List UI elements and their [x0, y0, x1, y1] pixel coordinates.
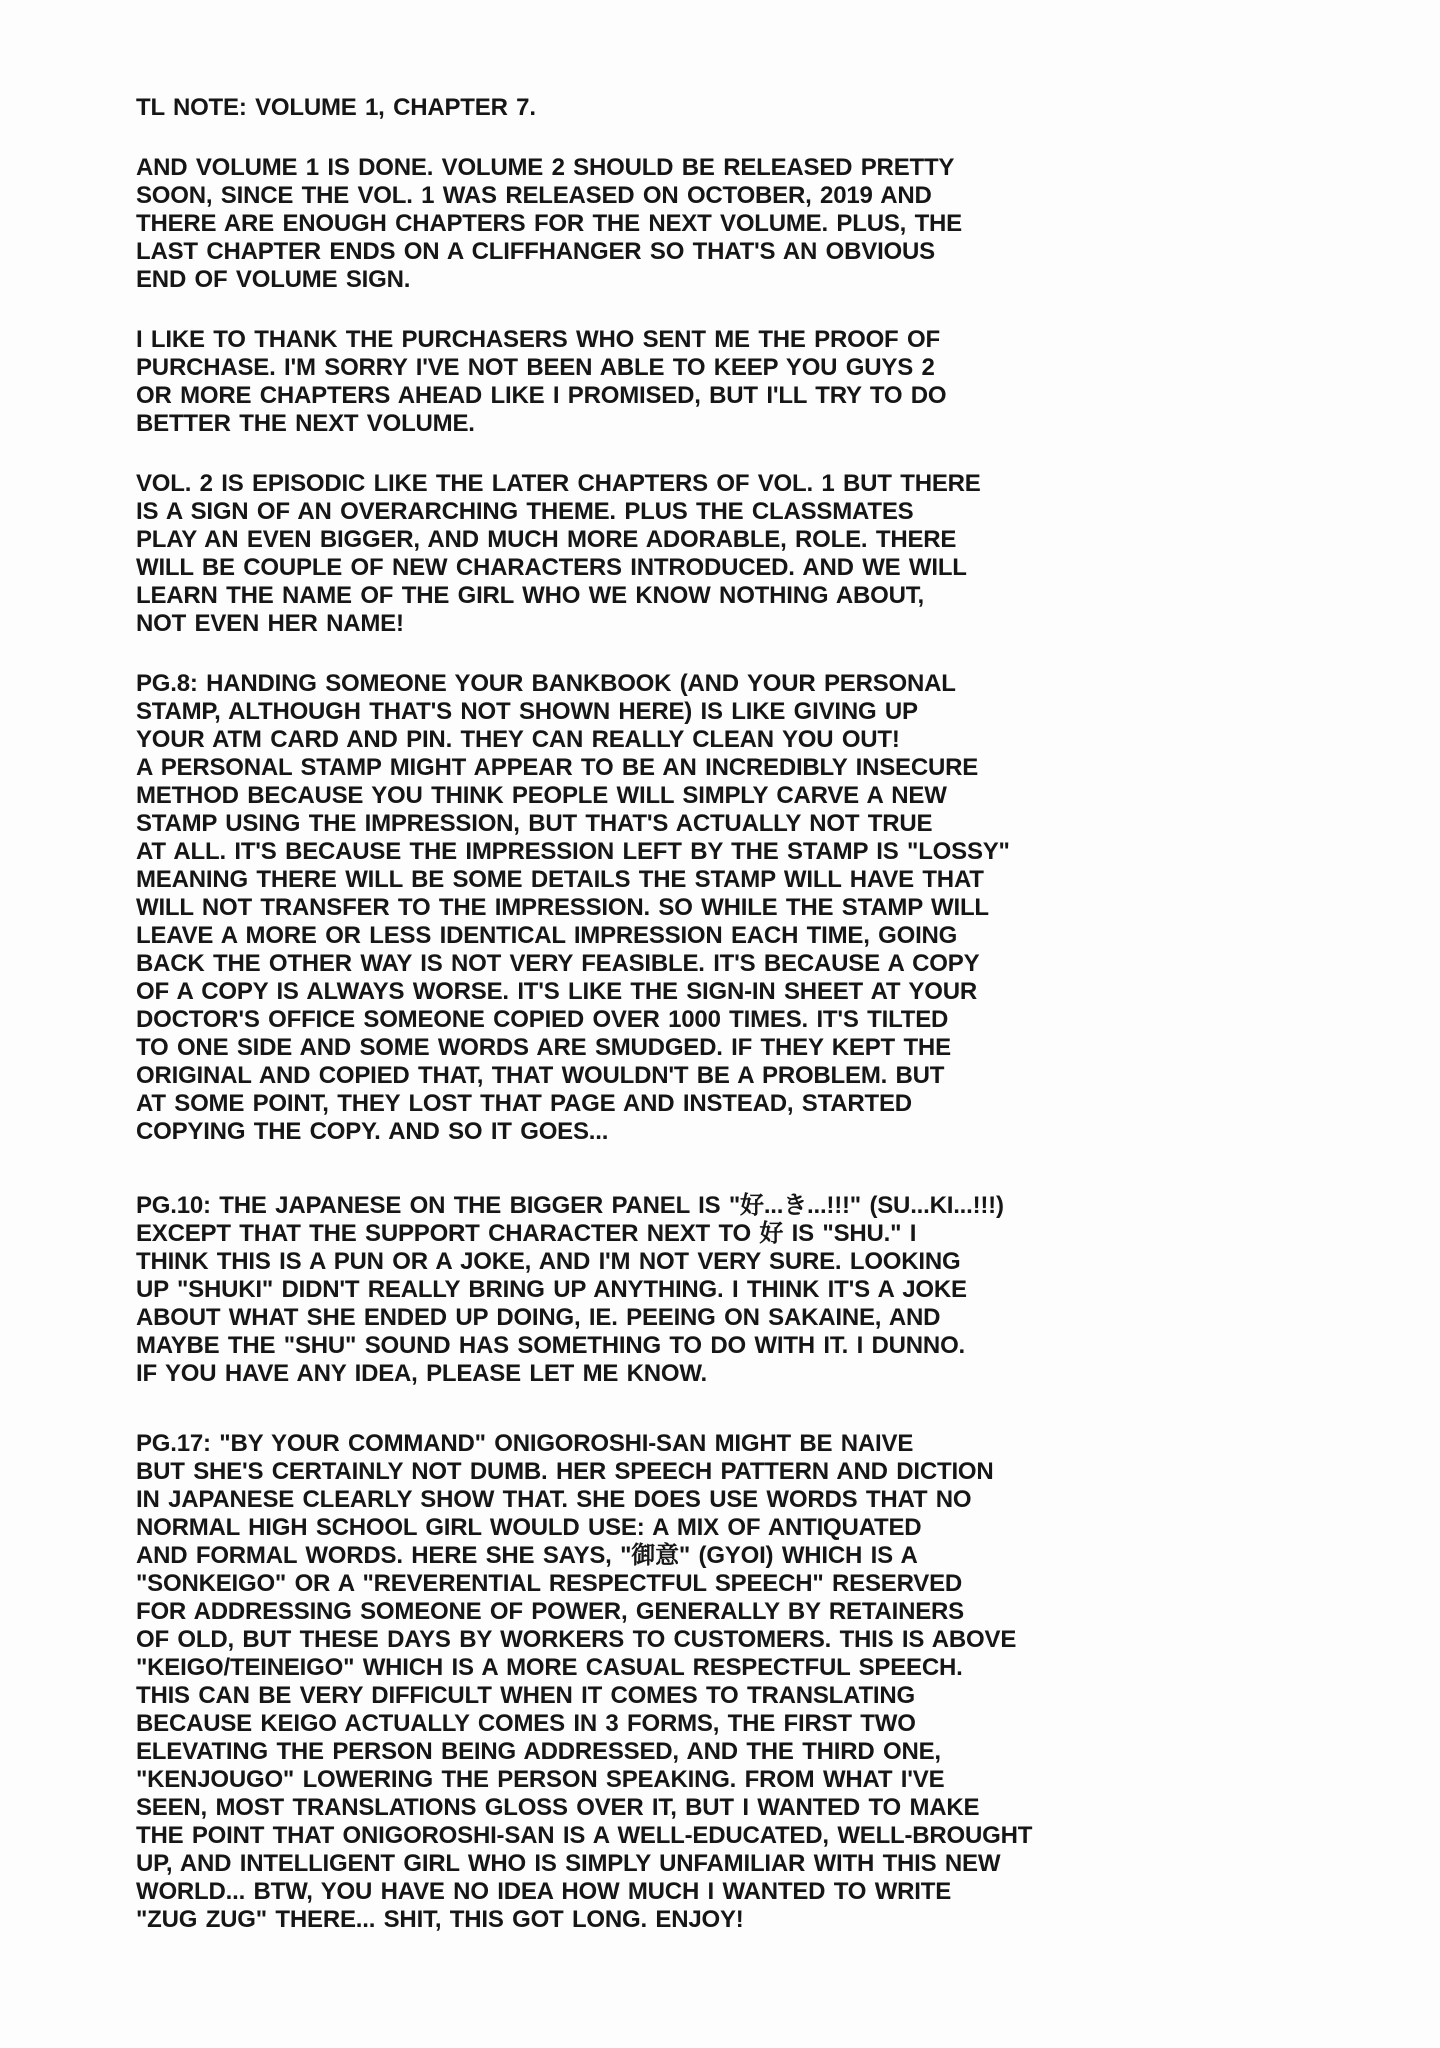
tl-note-title: TL NOTE: VOLUME 1, CHAPTER 7.	[136, 94, 1360, 122]
paragraph-pg-8-bankbook-note: PG.8: HANDING SOMEONE YOUR BANKBOOK (AND…	[136, 670, 1176, 1146]
paragraph-pg-17-gyoi-note: PG.17: "BY YOUR COMMAND" ONIGOROSHI-SAN …	[136, 1430, 1176, 1934]
paragraph-volume-1-done: AND VOLUME 1 IS DONE. VOLUME 2 SHOULD BE…	[136, 154, 1176, 294]
paragraph-pg-10-suki-note: PG.10: THE JAPANESE ON THE BIGGER PANEL …	[136, 1192, 1176, 1388]
paragraph-vol-2-preview: VOL. 2 IS EPISODIC LIKE THE LATER CHAPTE…	[136, 470, 1176, 638]
tl-note-page: TL NOTE: VOLUME 1, CHAPTER 7. AND VOLUME…	[0, 0, 1440, 2048]
paragraph-thanks-purchasers: I LIKE TO THANK THE PURCHASERS WHO SENT …	[136, 326, 1176, 438]
